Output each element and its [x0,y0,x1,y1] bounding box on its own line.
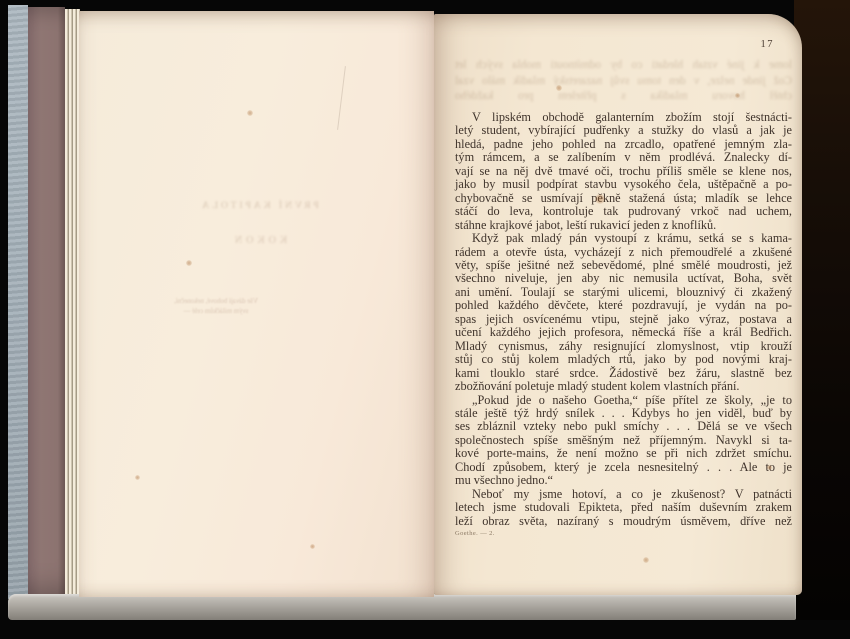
show-through-line: chtěl hovoru mladíka s přítelem pro každ… [455,89,792,105]
text-line: letech jsme studovali Epikteta, před naš… [455,501,792,514]
bottom-cover-edge [8,594,796,620]
text-line: učení každého jejich profesora, německá … [455,326,792,339]
text-line: pohled každého děvčete, které pozdravují… [455,299,792,312]
text-line: leží obraz světa, nazíraný s moudrým úsm… [455,515,792,528]
text-line: letý student, vybírající pudřenky a stuž… [455,124,792,137]
text-line: Neboť my jsme hotoví, a co je zkušenost?… [455,488,792,501]
text-line: vají se na něj dvě tmavé oči, trochu pří… [455,165,792,178]
book-cover-board-edge [8,5,28,599]
text-line: kové porte-mains, že není možno se při n… [455,447,792,460]
foxing-spot [135,475,140,480]
text-line: stáhne krajkové jabot, leští rukavicí je… [455,219,792,232]
left-page: PRVNÍ KAPITOLA KOKON Vše dávají bohové, … [79,11,434,597]
text-line: všechno niveluje, jen aby nic nemusila u… [455,272,792,285]
foxing-spot [186,260,192,266]
text-line: kami tlouklo staré srdce. Žádostivě bez … [455,367,792,380]
text-line: mu všechno jedno.“ [455,474,792,487]
body-text: V lipském obchodě galanterním zbožím sto… [455,111,792,528]
show-through-chapter-title: KOKON [139,235,379,246]
text-line: věty, spíše ješitné než sebevědomé, plné… [455,259,792,272]
show-through-chapter-heading: PRVNÍ KAPITOLA [139,201,379,211]
text-line: stále ještě týž hrdý snílek . . . Kdybys… [455,407,792,420]
right-page: 17 lome k jiné vztah hledati co by odmít… [434,14,802,595]
paper-scratch [337,66,346,130]
foxing-spot [595,194,605,204]
show-through-motto-line: Vše dávají bohové, nekoneční, [141,297,291,307]
text-line: V lipském obchodě galanterním zbožím sto… [455,111,792,124]
foxing-spot [310,544,315,549]
foxing-spot [643,557,649,563]
text-line: ani umění. Toulají se starými ulicemi, b… [455,286,792,299]
text-line: hledá, padne jeho pohled na zrcadlo, opa… [455,138,792,151]
text-line: stáčí do leva, kontroluje tak pudrovaný … [455,205,792,218]
show-through-motto: Vše dávají bohové, nekoneční, svým miláč… [141,297,291,317]
page-edge-stack [65,9,80,599]
text-line: ses zbláznil vzteky nebo pukl smíchy . .… [455,420,792,433]
text-line: jako by musil podpírat stavbu vysokého č… [455,178,792,191]
book-spine-cloth [28,7,65,599]
text-line: chybovačně se usmívají pěkně stažená úst… [455,192,792,205]
text-line: tým rámcem, a se zalíbením v něm prodlév… [455,151,792,164]
text-line: Když pak mladý pán vystoupí z krámu, set… [455,232,792,245]
show-through-motto-line: svým miláčkům celé — [141,307,291,317]
printer-signature: Goethe. — 2. [455,530,495,537]
background-shadow-right [794,0,850,620]
page-number: 17 [761,39,775,50]
foxing-spot [247,110,253,116]
text-line: spas jejich osvícenému vtipu, stejně jak… [455,313,792,326]
text-line: společnostech spíše směšným než příjemný… [455,434,792,447]
show-through-line: Což jinde nelze, v den tomu svůj nazaret… [455,74,792,90]
text-line: Mladý cynismus, záhy resignující zlomysl… [455,340,792,353]
text-line: zbožňování poletuje mladý student kolem … [455,380,792,393]
show-through-line: lome k jiné vztah hledati co by odmítnou… [455,58,792,74]
show-through-text: lome k jiné vztah hledati co by odmítnou… [455,58,792,105]
foxing-spot [767,465,772,470]
text-line: Chodí způsobem, který je zcela nesnesite… [455,461,792,474]
text-line: rádem a otevře ústa, vycházejí z nich př… [455,246,792,259]
text-line: stůj co stůj kolem mladých rtů, jako by … [455,353,792,366]
foxing-spot [735,93,740,98]
foxing-spot [556,85,562,91]
text-line: „Pokud jde o našeho Goetha,“ píše přítel… [455,394,792,407]
